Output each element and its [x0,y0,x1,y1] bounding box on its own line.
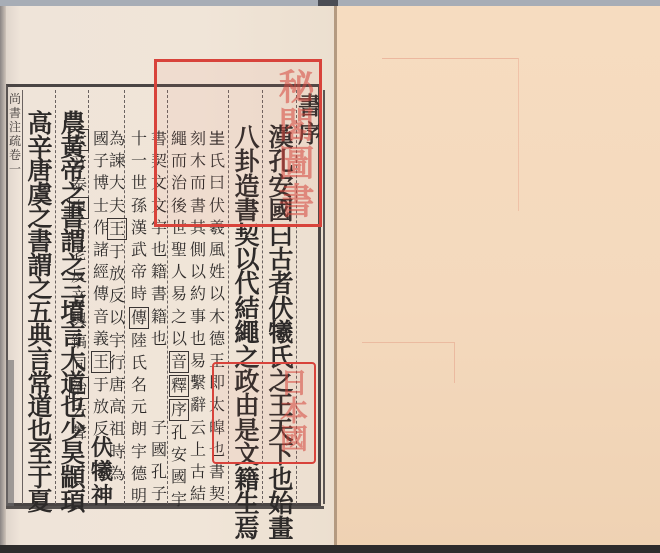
margin-char: 卷 [9,148,21,162]
glyph: 結 [190,483,206,505]
glyph: 義 [93,328,109,350]
glyph: 一 [131,150,147,172]
glyph: 之 [171,306,187,328]
glyph: 繩 [234,321,259,345]
glyph: 大 [60,348,85,372]
glyph: 犧 [91,460,113,484]
glyph: 宇 [171,489,187,511]
glyph: 國 [171,466,187,488]
glyph: 大 [109,172,125,194]
glyph: 繫 [190,372,206,394]
glyph: 頊 [60,490,85,514]
glyph: 帝 [131,261,147,283]
glyph: 始 [268,492,293,516]
glyph: 木 [209,306,225,328]
glyph: 也 [151,239,167,261]
seal-bleedthrough-bottom [362,342,455,383]
glyph: 古 [190,461,206,483]
glyph: 以 [109,307,125,329]
glyph: 伏 [91,436,113,460]
glyph: 云 [190,417,206,439]
glyph: 以 [190,261,206,283]
glyph: 籍 [151,306,167,328]
glyph: 于 [27,466,52,490]
glyph: 宇 [131,441,147,463]
glyph: 約 [190,283,206,305]
glyph: 于 [93,374,109,396]
glyph: 畫 [268,517,293,541]
glyph: 籍 [151,261,167,283]
glyph: 時 [131,283,147,305]
glyph: 以 [171,328,187,350]
glyph: 放 [93,396,109,418]
glyph: 音 [169,351,189,373]
glyph: 書 [209,461,225,483]
frame-inner-line [323,90,325,504]
margin-shadow [6,360,14,506]
glyph: 子 [93,150,109,172]
red-seal-large: 秘閣圖書 [154,59,322,227]
glyph: 安 [171,444,187,466]
glyph: 為 [109,128,125,150]
glyph: 王 [91,351,111,373]
text-column-4: 高辛唐虞之書謂之五典言常道也至于夏 [25,112,55,513]
glyph: 孔 [171,422,187,444]
glyph: 宇 [109,330,125,352]
commentary-column-7: 國子博士作諸經傳音義王于放反 [92,128,110,441]
margin-char: 注 [9,120,21,134]
glyph: 名 [131,374,147,396]
glyph: 契 [209,483,225,505]
red-seal-small: 日本國 [212,362,316,464]
glyph: 人 [171,261,187,283]
glyph: 傳 [93,283,109,305]
glyph: 十 [131,128,147,150]
glyph: 明 [131,485,147,507]
glyph: 易 [171,283,187,305]
glyph: 士 [93,195,109,217]
glyph: 王 [107,218,127,240]
margin-rule [22,90,23,504]
glyph: 高 [109,396,125,418]
glyph: 也 [190,328,206,350]
glyph: 以 [209,283,225,305]
column-rule [55,90,57,504]
glyph: 生 [234,492,259,516]
seal-small-text: 日本國 [276,368,308,452]
margin-char: 尚 [9,92,21,106]
glyph: 易 [190,350,206,372]
glyph: 聖 [171,239,187,261]
block-center-label: 尚 書 注 疏 卷 一 [8,92,22,176]
seal-bleedthrough-top [382,58,519,211]
glyph: 犧 [268,321,293,345]
glyph: 陸 [131,330,147,352]
glyph: 作 [93,217,109,239]
glyph: 神 [91,484,113,508]
glyph: 焉 [234,517,259,541]
glyph: 側 [190,239,206,261]
glyph: 氏 [131,352,147,374]
glyph [151,372,167,394]
glyph: 武 [131,239,147,261]
glyph: 孫 [131,195,147,217]
glyph: 釋 [169,375,189,397]
glyph: 子 [151,417,167,439]
glyph: 于 [109,241,125,263]
glyph: 行 [109,352,125,374]
glyph: 序 [169,399,189,421]
margin-char: 一 [9,162,21,176]
glyph: 朗 [131,418,147,440]
glyph: 博 [93,172,109,194]
glyph: 德 [209,328,225,350]
glyph: 諸 [93,239,109,261]
glyph: 顓 [60,466,85,490]
seal-large-text: 秘閣圖書 [275,68,313,220]
glyph: 經 [93,261,109,283]
text-column-3: 農黃帝之書謂之三墳言大道也少昊顓頊 [58,112,88,513]
glyph: 放 [109,263,125,285]
commentary-column-6: 為諫大夫王于放反以宇行唐高祖時為 [108,128,126,485]
glyph: 夏 [27,490,52,514]
glyph [151,394,167,416]
glyph: 事 [190,306,206,328]
glyph: 音 [93,306,109,328]
glyph: 諫 [109,150,125,172]
margin-char: 疏 [9,134,21,148]
glyph: 德 [131,463,147,485]
glyph: 世 [131,172,147,194]
glyph [151,350,167,372]
glyph: 也 [151,328,167,350]
glyph: 孔 [151,461,167,483]
glyph: 姓 [209,261,225,283]
glyph: 子 [151,483,167,505]
glyph: 國 [93,128,109,150]
glyph: 辭 [190,394,206,416]
scanner-bottom-edge [0,545,660,553]
text-column-fuxi: 伏犧神 [87,436,117,508]
glyph: 元 [131,396,147,418]
glyph: 言 [27,348,52,372]
glyph: 上 [190,439,206,461]
glyph: 漢 [131,217,147,239]
glyph: 國 [151,439,167,461]
glyph: 反 [109,285,125,307]
glyph: 夫 [109,195,125,217]
commentary-column-5: 十一世孫漢武帝時傳陸氏名元朗宇德明 [130,128,148,507]
glyph: 風 [209,239,225,261]
glyph: 傳 [129,307,149,329]
margin-char: 書 [9,106,21,120]
glyph: 書 [151,283,167,305]
glyph: 唐 [109,374,125,396]
